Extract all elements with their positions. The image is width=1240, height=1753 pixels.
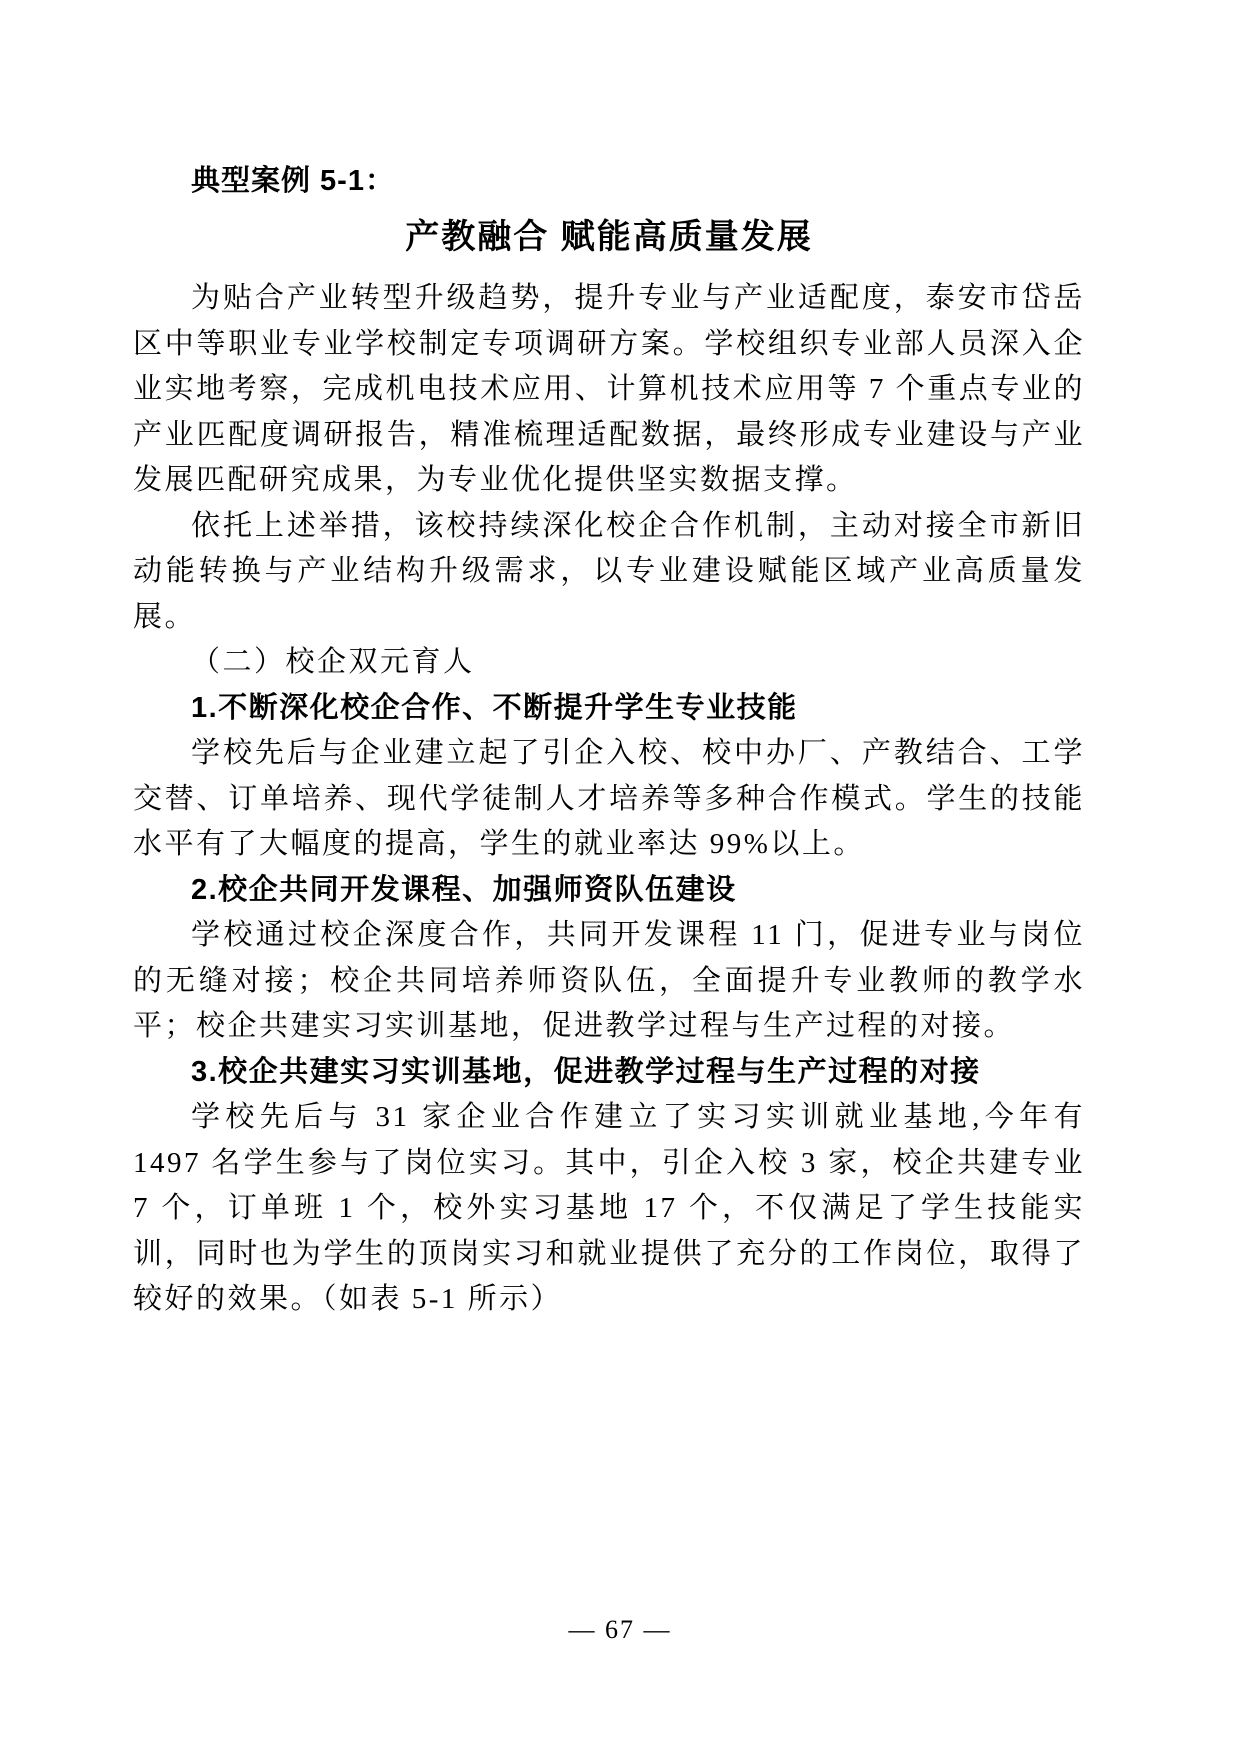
document-page: 典型案例 5-1： 产教融合 赋能高质量发展 为贴合产业转型升级趋势，提升专业与… [0, 0, 1240, 1753]
item-3-body: 学校先后与 31 家企业合作建立了实习实训就业基地,今年有 1497 名学生参与… [133, 1095, 1085, 1323]
item-1-body: 学校先后与企业建立起了引企入校、校中办厂、产教结合、工学交替、订单培养、现代学徒… [133, 731, 1085, 868]
intro-paragraph-2: 依托上述举措，该校持续深化校企合作机制，主动对接全市新旧动能转换与产业结构升级需… [133, 504, 1085, 641]
page-number: — 67 — [569, 1615, 672, 1644]
item-1-heading: 1.不断深化校企合作、不断提升学生专业技能 [133, 686, 1085, 732]
intro-paragraph-1: 为贴合产业转型升级趋势，提升专业与产业适配度，泰安市岱岳区中等职业专业学校制定专… [133, 276, 1085, 504]
document-content: 典型案例 5-1： 产教融合 赋能高质量发展 为贴合产业转型升级趋势，提升专业与… [133, 158, 1085, 1323]
page-title: 产教融合 赋能高质量发展 [133, 212, 1085, 262]
item-3-heading: 3.校企共建实习实训基地，促进教学过程与生产过程的对接 [133, 1050, 1085, 1096]
subsection-heading: （二）校企双元育人 [133, 640, 1085, 686]
item-2-body: 学校通过校企深度合作，共同开发课程 11 门，促进专业与岗位的无缝对接；校企共同… [133, 913, 1085, 1050]
case-label: 典型案例 5-1： [133, 158, 1085, 204]
page-footer: — 67 — [0, 1612, 1240, 1648]
item-2-heading: 2.校企共同开发课程、加强师资队伍建设 [133, 868, 1085, 914]
